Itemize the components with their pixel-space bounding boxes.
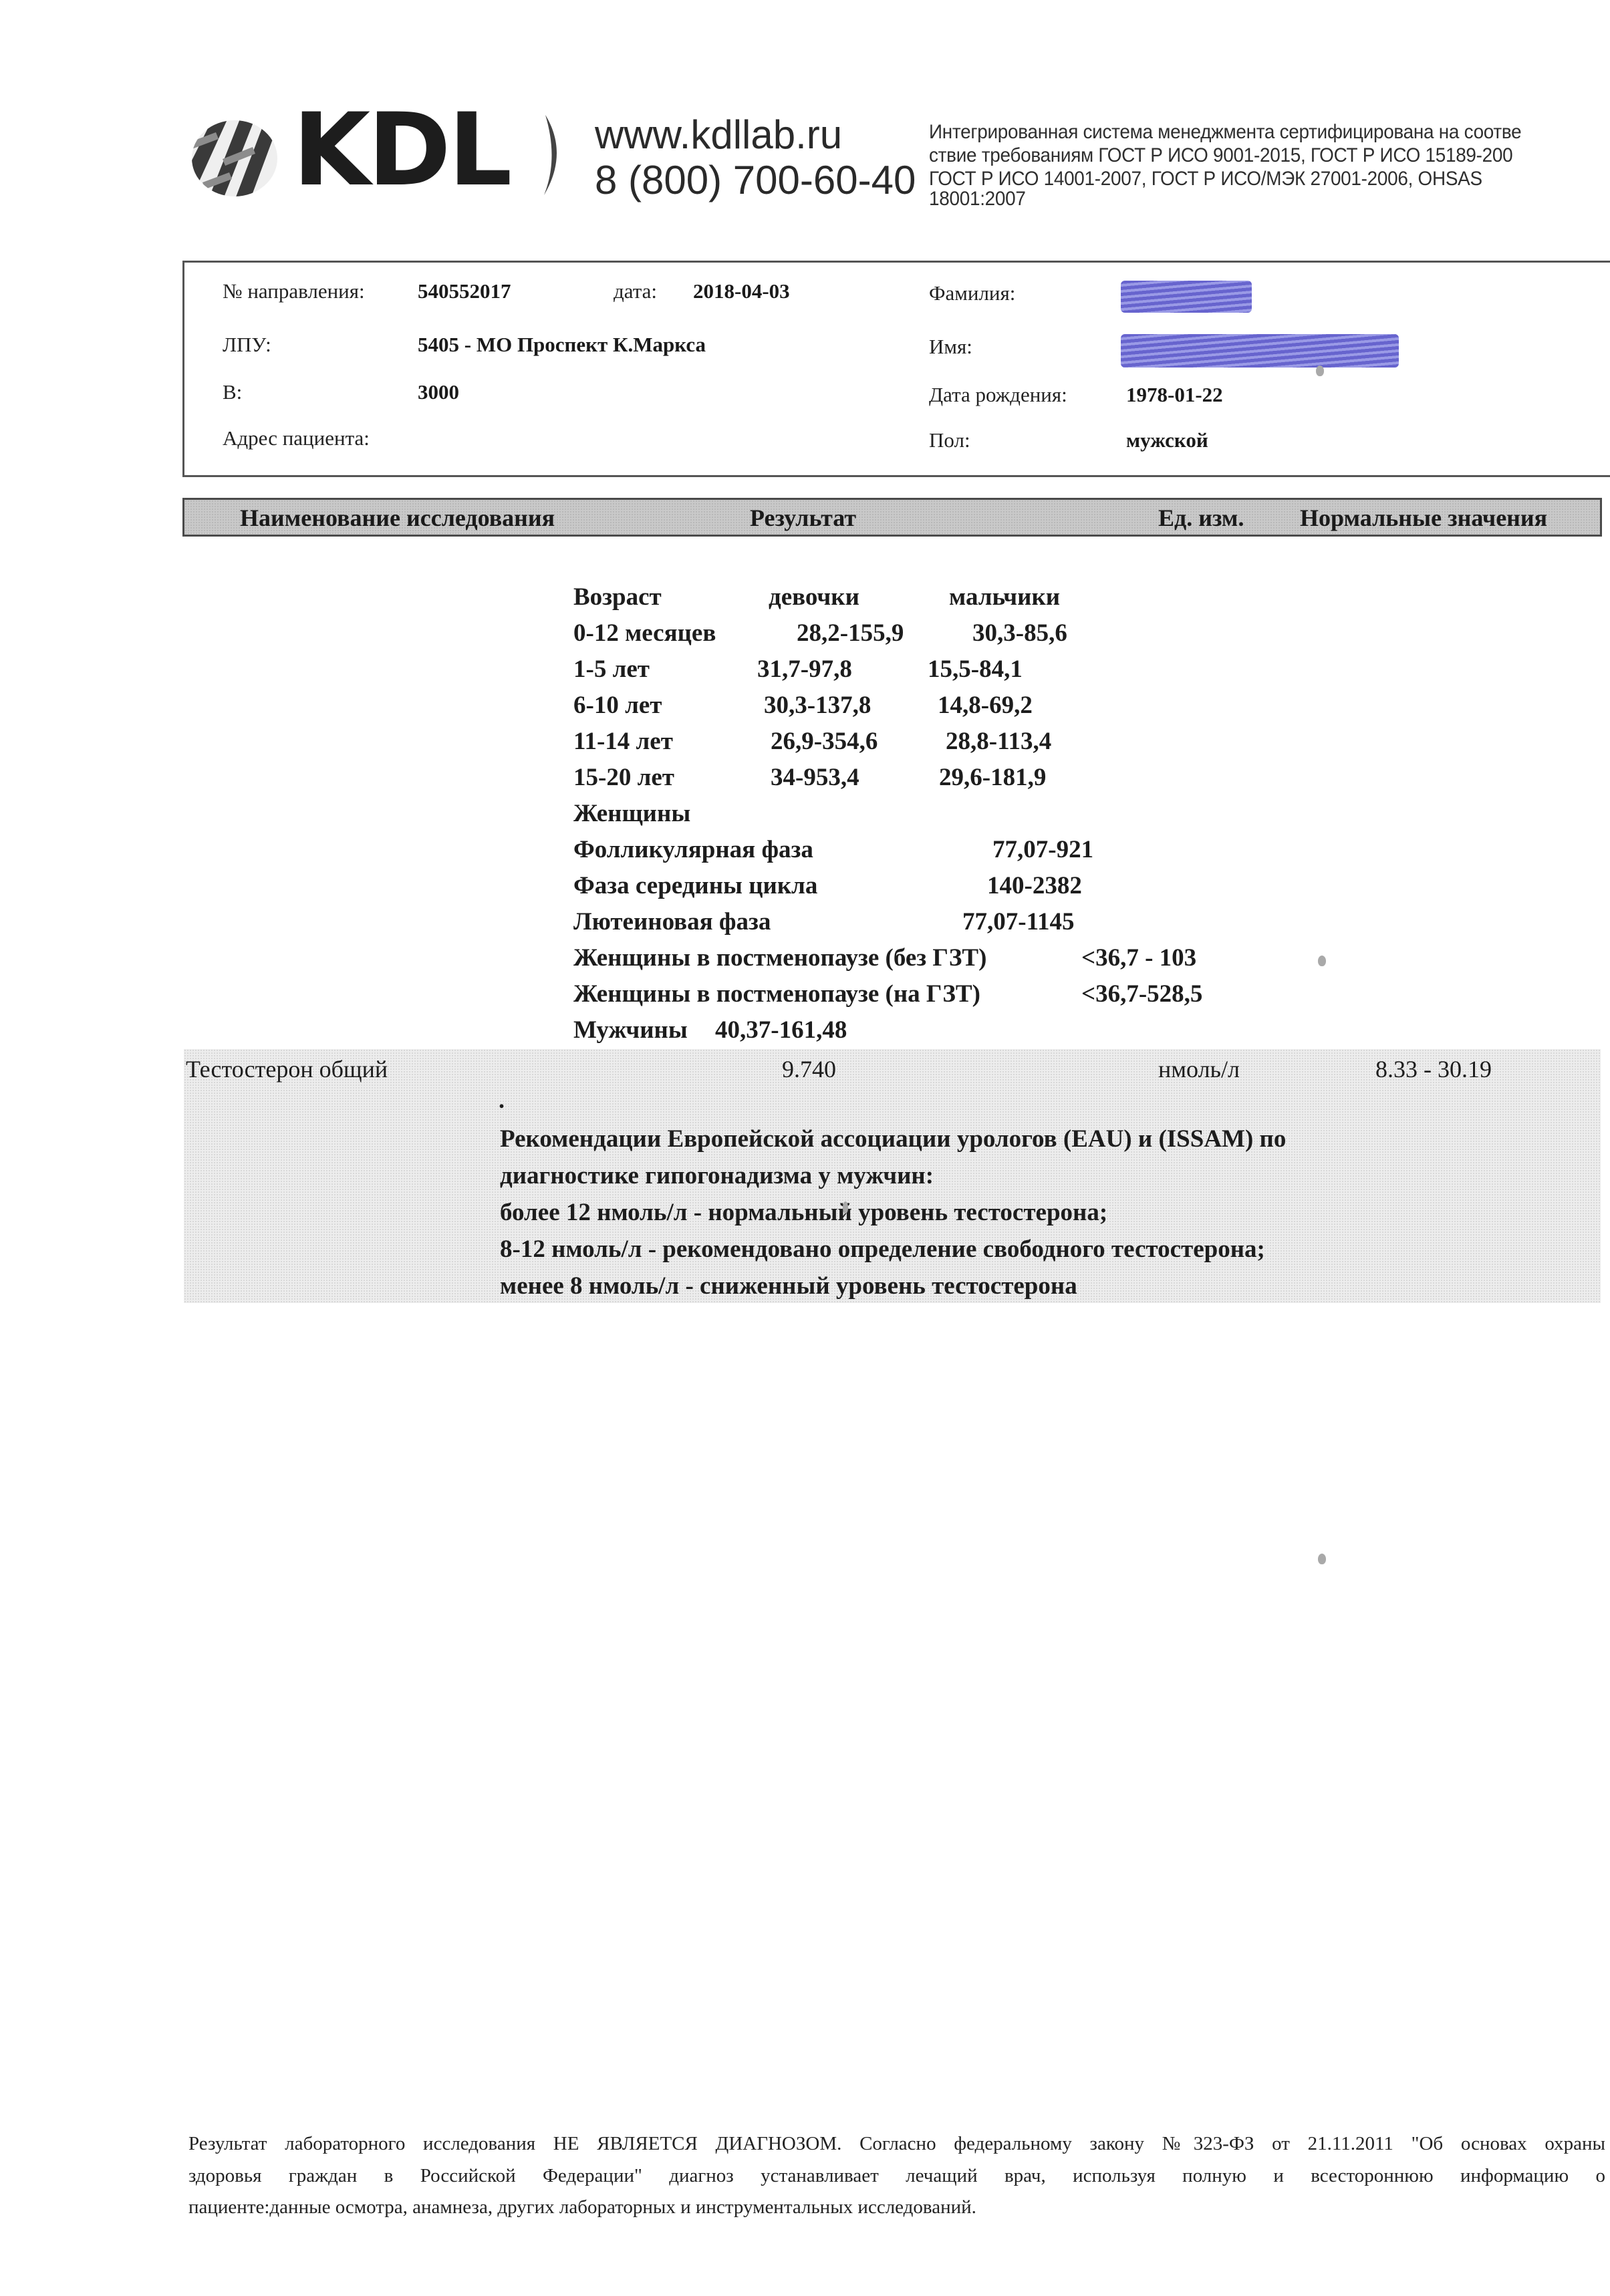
age-row-girls: 30,3-137,8 [764,693,871,718]
age-row-girls: 34-953,4 [771,765,859,790]
women-header: Женщины [573,801,690,826]
women-row-value: <36,7-528,5 [1081,982,1202,1006]
women-row-label: Лютеиновая фаза [573,909,771,934]
women-row-value: 140-2382 [987,873,1082,898]
b-value: 3000 [418,382,459,402]
result-value: 9.740 [782,1057,836,1081]
brand-logo-text: KDL [293,100,509,200]
lpu-value: 5405 - МО Проспект К.Маркса [418,334,706,355]
certification-line: Интегрированная система менеджмента серт… [929,122,1521,142]
age-row-label: 1-5 лет [573,657,650,682]
age-row-label: 15-20 лет [573,765,674,790]
birthdate-label: Дата рождения: [929,384,1067,405]
recommendation-line: 8-12 нмоль/л - рекомендовано определение… [500,1237,1265,1262]
result-reference-range: 8.33 - 30.19 [1375,1057,1492,1081]
result-separator-dot: . [499,1088,505,1112]
results-table-header: Наименование исследования Результат Ед. … [182,498,1602,537]
referral-date: 2018-04-03 [693,281,790,301]
date-label: дата: [614,281,657,301]
age-row-girls: 31,7-97,8 [757,657,852,682]
age-row-label: 0-12 месяцев [573,621,716,645]
women-row-label: Фаза середины цикла [573,873,817,898]
women-row-value: <36,7 - 103 [1081,946,1196,970]
patient-info-box [182,261,1610,477]
women-row-value: 77,07-921 [992,837,1093,862]
scan-artifact-speck [1316,366,1324,376]
referral-number-label: № направления: [223,281,365,301]
recommendation-line: Рекомендации Европейской ассоциации урол… [500,1127,1286,1151]
footer-disclaimer-line: Результат лабораторного исследования НЕ … [188,2134,1605,2154]
recommendation-line: более 12 нмоль/л - нормальный уровень те… [500,1200,1107,1225]
column-header-reference: Нормальные значения [1300,506,1547,530]
address-label: Адрес пациента: [223,428,370,448]
women-row-value: 77,07-1145 [962,909,1075,934]
certification-line: ствие требованиям ГОСТ Р ИСО 9001-2015, … [929,146,1512,166]
name-label: Имя: [929,336,972,357]
age-row-boys: 15,5-84,1 [928,657,1023,682]
recommendation-line: диагностике гипогонадизма у мужчин: [500,1163,934,1188]
striped-sphere-icon [189,119,280,198]
age-row-boys: 14,8-69,2 [938,693,1033,718]
women-row-label: Фолликулярная фаза [573,837,813,862]
scan-artifact-speck [843,1201,848,1213]
age-row-boys: 28,8-113,4 [946,729,1051,754]
birthdate-value: 1978-01-22 [1126,384,1223,405]
footer-disclaimer-line: здоровья граждан в Российской Федерации"… [188,2166,1605,2186]
men-value: 40,37-161,48 [715,1018,847,1042]
result-test-name: Тестостерон общий [186,1057,388,1081]
men-label: Мужчины [573,1018,688,1042]
age-row-girls: 26,9-354,6 [771,729,878,754]
age-row-boys: 30,3-85,6 [972,621,1067,645]
result-units: нмоль/л [1158,1057,1240,1081]
recommendation-line: менее 8 нмоль/л - сниженный уровень тест… [500,1274,1077,1298]
redaction-scribble [1121,334,1399,368]
footer-disclaimer-line: пациенте:данные осмотра, анамнеза, други… [188,2198,976,2217]
age-header-label: Возраст [573,585,662,609]
sex-label: Пол: [929,430,970,450]
age-row-label: 6-10 лет [573,693,662,718]
sex-value: мужской [1126,430,1208,450]
scan-artifact-speck [1318,956,1326,966]
women-row-label: Женщины в постменопаузе (без ГЗТ) [573,946,986,970]
referral-number: 540552017 [418,281,511,301]
age-row-boys: 29,6-181,9 [939,765,1046,790]
name-redacted [1126,338,1393,362]
chevron-right-icon [540,112,567,198]
surname-redacted [1126,285,1246,307]
brand-phone: 8 (800) 700-60-40 [595,160,916,200]
women-row-label: Женщины в постменопаузе (на ГЗТ) [573,982,980,1006]
scan-artifact-speck [1318,1554,1326,1564]
surname-label: Фамилия: [929,283,1015,303]
age-row-label: 11-14 лет [573,729,673,754]
age-header-girls: девочки [769,585,859,609]
b-label: В: [223,382,242,402]
redaction-scribble [1121,281,1252,313]
lpu-label: ЛПУ: [223,334,271,355]
column-header-units: Ед. изм. [1158,506,1244,530]
certification-line: ГОСТ Р ИСО 14001-2007, ГОСТ Р ИСО/МЭК 27… [929,169,1563,209]
age-row-girls: 28,2-155,9 [797,621,904,645]
brand-website-link[interactable]: www.kdllab.ru [595,115,842,155]
column-header-test-name: Наименование исследования [240,506,555,530]
age-header-boys: мальчики [949,585,1060,609]
column-header-result: Результат [750,506,856,530]
